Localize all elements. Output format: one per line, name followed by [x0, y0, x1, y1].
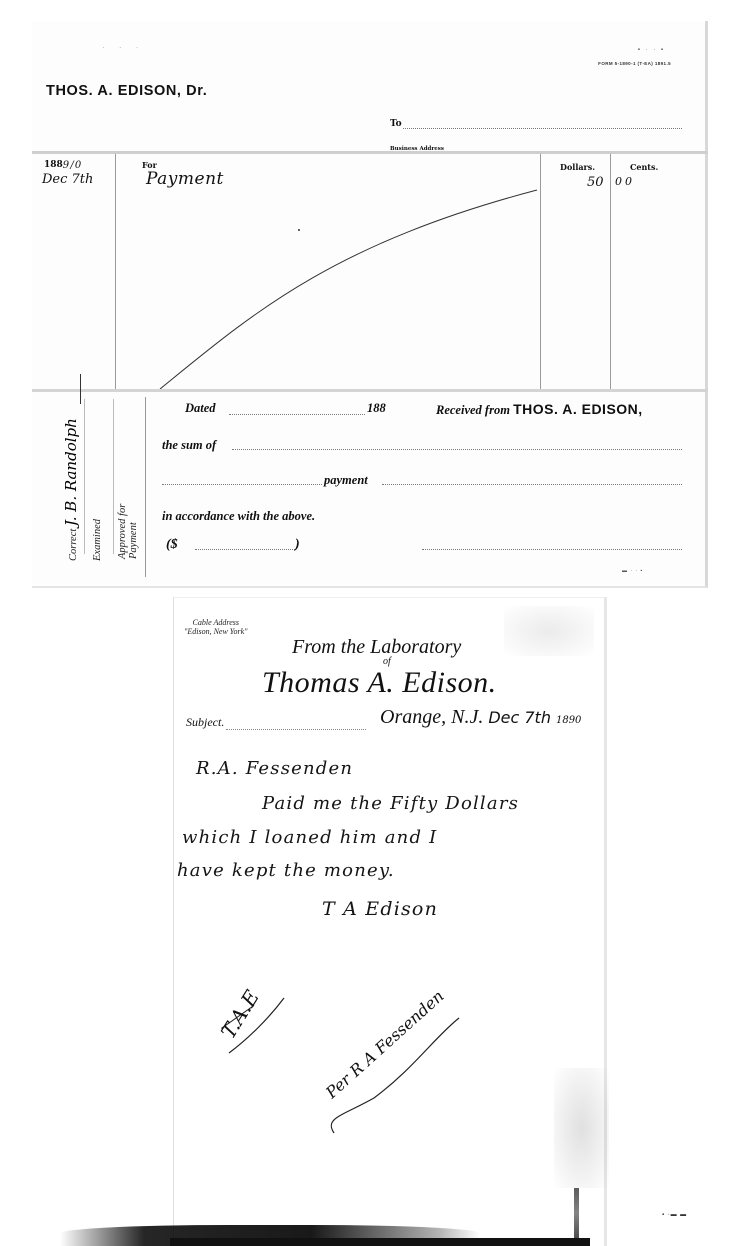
to-blank-line [403, 120, 682, 129]
dated-label: Dated [185, 401, 216, 416]
dated-year-prefix: 188 [367, 401, 386, 416]
signature-flourish [174, 598, 608, 1246]
form-number: FORM 5-1890-1 (T-EA) 1891.5 [598, 61, 671, 66]
accordance-label: in accordance with the above. [162, 509, 315, 524]
scan-shadow-edge [170, 1238, 590, 1246]
paper-specks: · · · [102, 43, 144, 52]
received-from-label: Received from [436, 403, 510, 417]
vendor-title: THOS. A. EDISON, Dr. [46, 83, 207, 99]
amount-open: ($ [166, 537, 178, 553]
binding-mark [574, 1188, 579, 1238]
payer-name: THOS. A. EDISON, [513, 401, 643, 417]
sum-blank-line[interactable] [232, 449, 682, 450]
to-field[interactable]: To [390, 119, 682, 129]
side-divider-3 [145, 397, 146, 577]
sum-of-label: the sum of [162, 438, 216, 453]
correct-signature: J. B. Randolph [62, 418, 80, 526]
strike-through-curve [32, 154, 708, 389]
side-divider-1 [84, 399, 85, 554]
signature-blank-line[interactable] [422, 549, 682, 550]
correct-field: Correct J. B. Randolph [62, 418, 80, 561]
side-divider-2 [113, 399, 114, 554]
approved-label-line2: Payment [128, 522, 139, 559]
handwritten-letter: Cable Address "Edison, New York" From th… [173, 597, 607, 1246]
signature-tail-mark [80, 374, 81, 404]
examined-label: Examined [92, 519, 103, 561]
form-stamp-mark: ▪ · · ▪ [638, 47, 665, 53]
amount-blank-line[interactable] [195, 549, 295, 550]
receipt-divider [32, 389, 708, 392]
dated-blank-line[interactable] [229, 414, 365, 415]
to-label: To [390, 119, 402, 129]
printer-mark: ▬ · · ▪ [622, 568, 643, 574]
stray-mark: ▪ ·▬ ▬ [662, 1212, 687, 1218]
payment-blank-line-left[interactable] [162, 484, 322, 485]
approved-label-line1: Approved for [117, 504, 128, 559]
payment-label: payment [324, 473, 368, 488]
correct-label: Correct [68, 529, 79, 561]
payment-voucher: · · · ▪ · · ▪ FORM 5-1890-1 (T-EA) 1891.… [32, 21, 708, 588]
received-from: Received from THOS. A. EDISON, [436, 401, 643, 418]
payment-blank-line-right[interactable] [382, 484, 682, 485]
line-item-table: 1889/0 Dec 7th For Payment Dollars. Cent… [32, 154, 708, 389]
amount-close: ) [295, 537, 300, 553]
